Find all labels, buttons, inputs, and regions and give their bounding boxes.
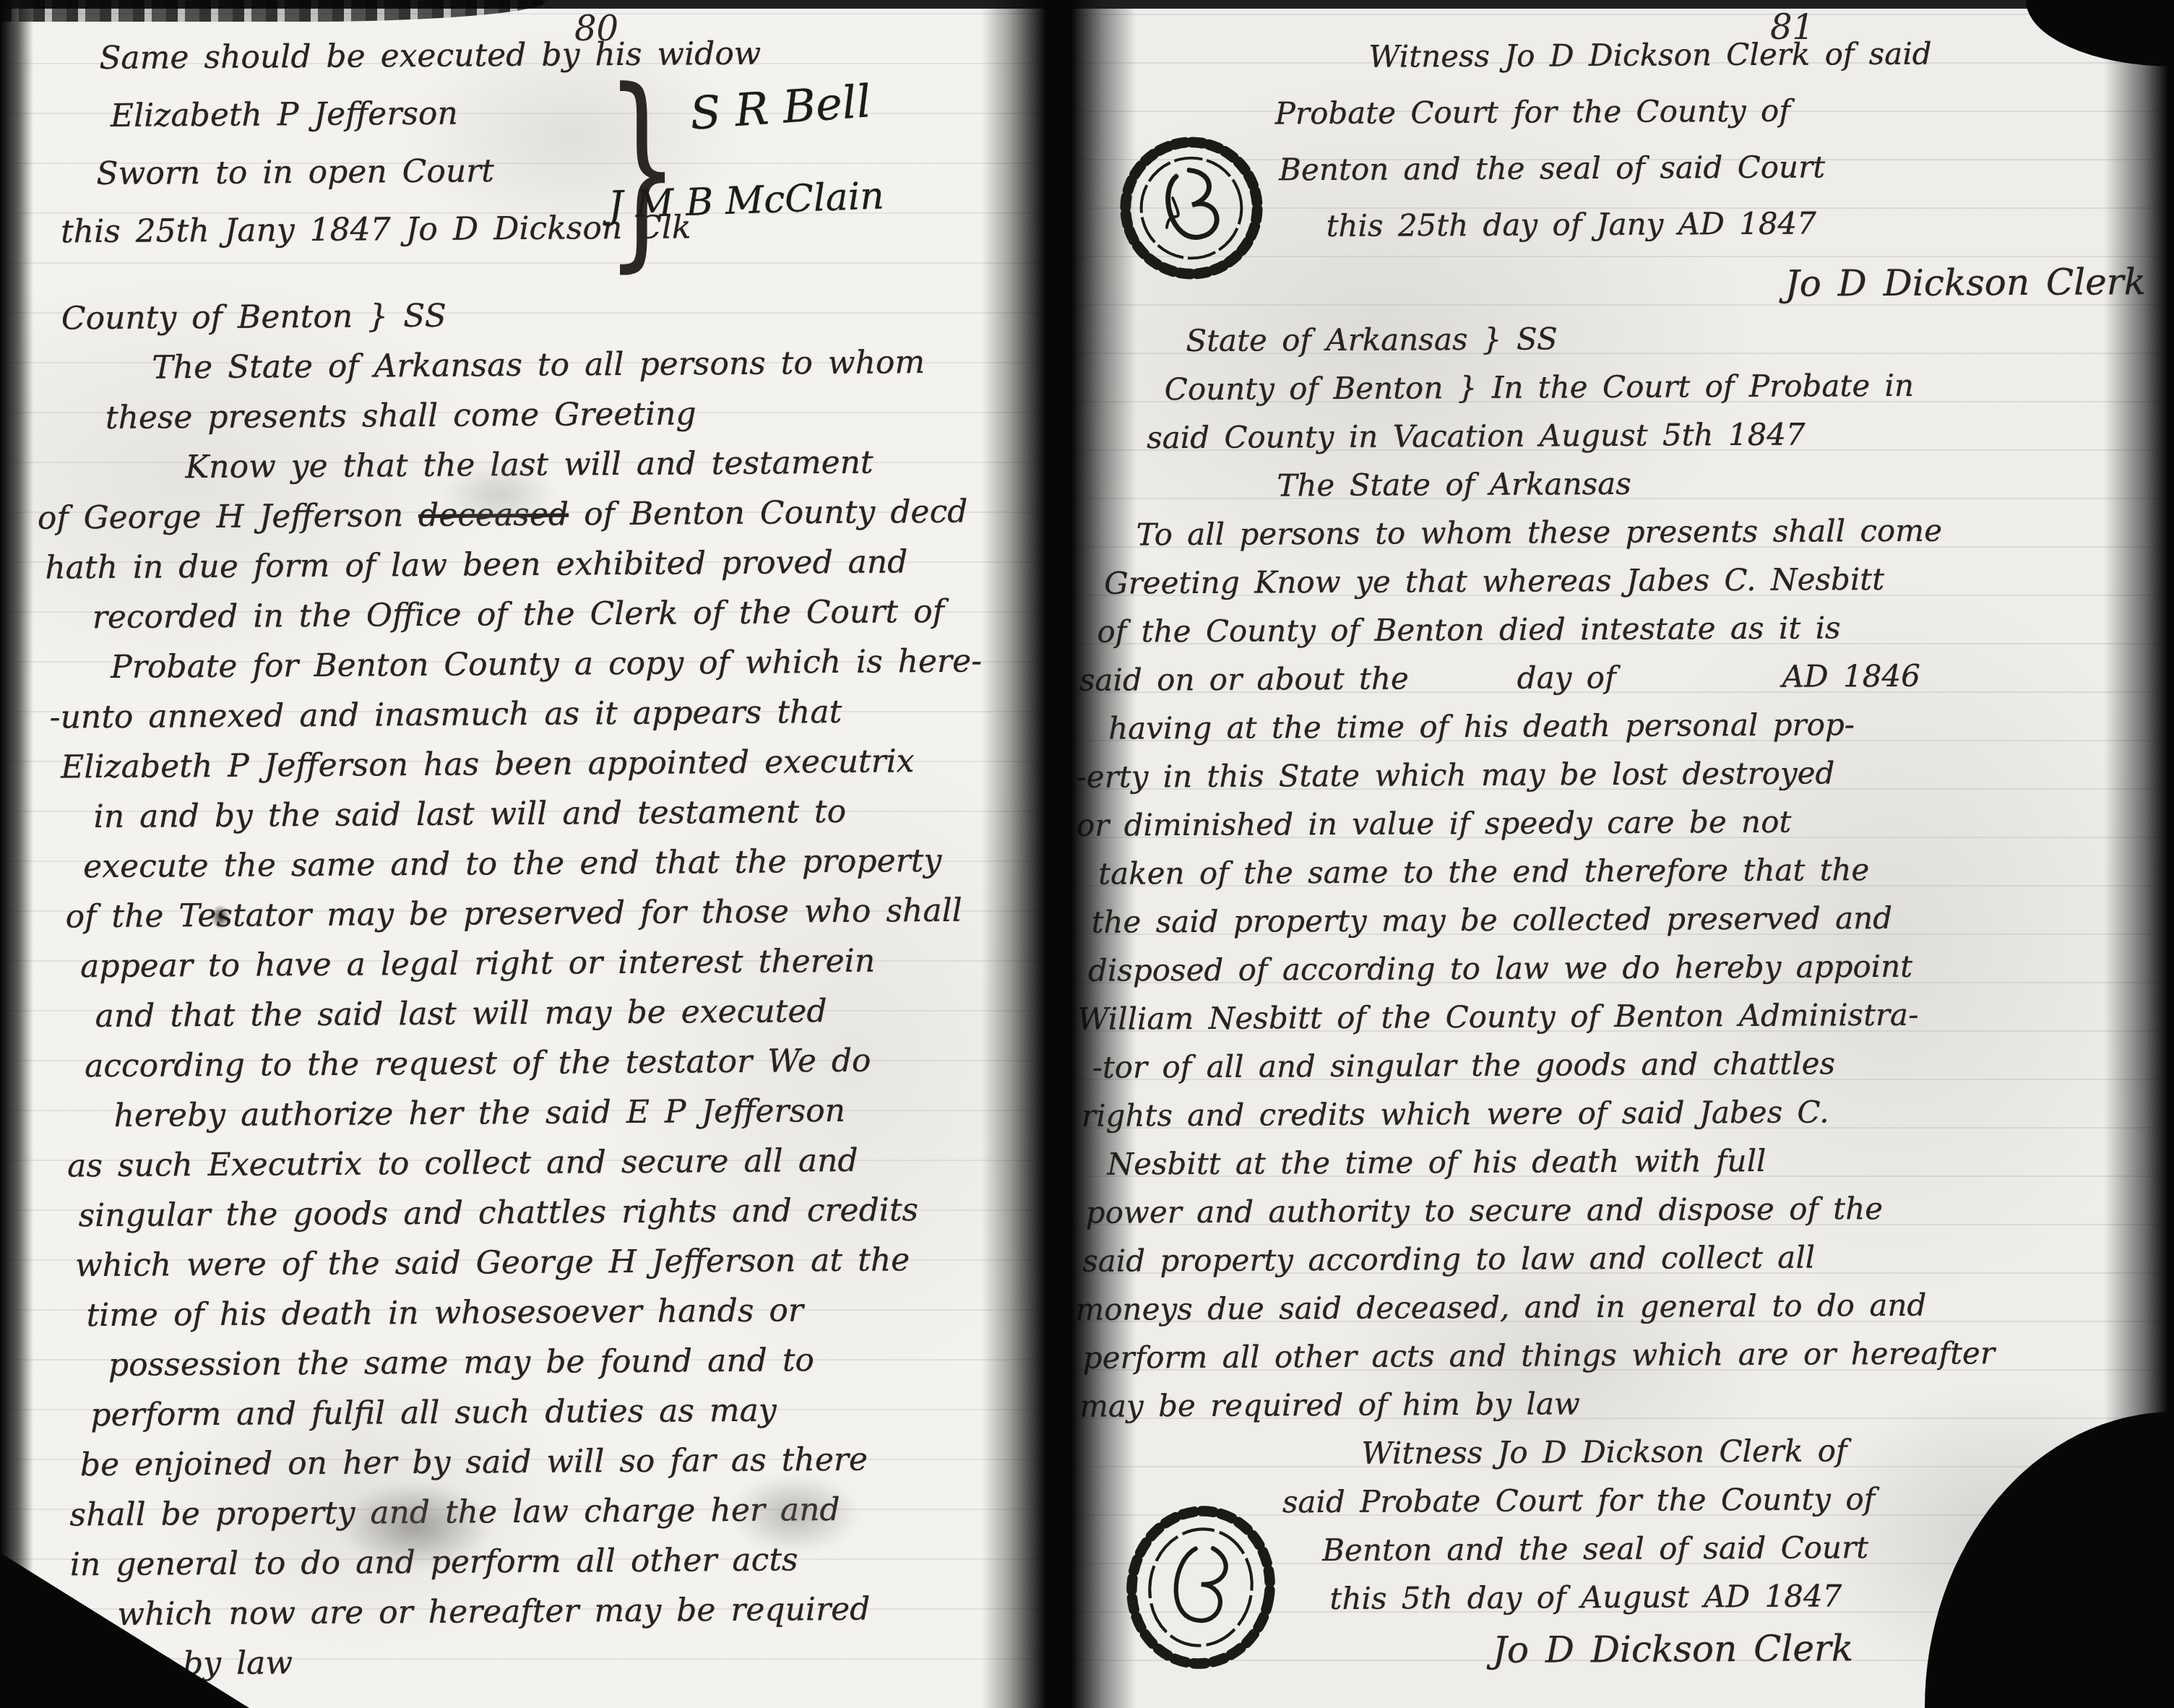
handwritten-line: singular the goods and chattles rights a… [78,1189,1040,1245]
handwritten-line: recorded in the Office of the Clerk of t… [92,590,1039,647]
handwritten-line: Witness Jo D Dickson Clerk of said [1368,33,2170,94]
handwritten-line: Jo D Dickson Clerk [1493,1623,2174,1675]
handwritten-line: The State of Arkansas to all persons to … [152,341,1037,397]
handwritten-line: said on or about theday ofAD 1846 [1079,655,2173,709]
handwritten-line: may be required of him by law [1079,1381,2174,1436]
handwritten-line: Elizabeth P Jefferson has been appointed… [61,740,1040,796]
handwritten-line: as such Executrix to collect and secure … [67,1139,1040,1195]
handwritten-line: be enjoined on her by said will so far a… [80,1438,1040,1494]
handwritten-line: To all persons to whom these presents sh… [1136,510,2173,564]
handwritten-line: Probate Court for the County of [1275,90,2170,150]
handwritten-line: Probate for Benton County a copy of whic… [111,640,1039,696]
handwritten-line: the said property may be collected prese… [1091,897,2174,952]
handwritten-line: and that the said last will may be execu… [95,989,1040,1045]
paper-smudge [340,1483,491,1569]
handwritten-line: moneys due said deceased, and in general… [1075,1285,2174,1339]
handwritten-line: hath in due form of law been exhibited p… [45,540,1038,598]
handwritten-line: -erty in this State which may be lost de… [1076,752,2173,806]
handwritten-line: power and authority to secure and dispos… [1086,1188,2174,1242]
handwritten-line: possession the same may be found and to [108,1338,1040,1394]
handwritten-line: which were of the said George H Jefferso… [75,1238,1040,1295]
handwritten-line: Nesbitt at the time of his death with fu… [1107,1139,2174,1194]
handwritten-line: Same should be executed by his widow [99,31,1035,95]
handwritten-line: of her by law [67,1637,1040,1694]
court-seal-icon [1105,1481,1297,1694]
handwritten-line: -tor of all and singular the goods and c… [1092,1043,2174,1097]
paper-smudge [730,1474,860,1553]
handwritten-line: appear to have a legal right or interest… [80,939,1040,996]
handwritten-line: according to the request of the testator… [85,1039,1040,1095]
handwritten-line: The State of Arkansas [1277,462,2172,514]
handwritten-line: -unto annexed and inasmuch as it appears… [50,690,1040,747]
handwritten-line: in general to do and perform all other a… [70,1537,1040,1594]
handwritten-line: Greeting Know ye that whereas Jabes C. N… [1104,558,2173,613]
handwritten-line: Benton and the seal of said Court [1279,146,2170,207]
handwritten-line: said County in Vacation August 5th 1847 [1147,413,2172,467]
handwritten-line: Elizabeth P Jefferson [111,89,1036,153]
handwritten-line: rights and credits which were of said Ja… [1082,1091,2174,1145]
handwritten-line: having at the time of his death personal… [1108,704,2173,758]
handwritten-line: execute the same and to the end that the… [83,840,1040,896]
handwritten-line: this 5th day of August AD 1847 [1329,1575,2174,1628]
right-page-lines: Witness Jo D Dickson Clerk of saidProbat… [1040,0,2174,1678]
paper-smudge [441,462,556,527]
handwritten-line: this 25th day of Jany AD 1847 [1326,202,2170,263]
handwritten-line: or diminished in value if speedy care be… [1077,801,2174,855]
handwritten-line: of the County of Benton died intestate a… [1097,607,2173,661]
handwritten-line: State of Arkansas } SS [1186,316,2171,370]
handwritten-line: Sworn to in open Court [96,147,1036,211]
handwritten-line: hereby authorize her the said E P Jeffer… [113,1089,1040,1145]
left-page: 80 Same should be executed by his widowE… [0,0,1040,1708]
handwritten-line: Jo D Dickson Clerk [1040,259,2146,322]
handwritten-line: County of Benton } SS [61,291,1037,348]
handwritten-line: in and by the said last will and testame… [94,790,1040,846]
handwritten-line: Benton and the seal of said Court [1322,1527,2174,1579]
handwritten-line: which now are or hereafter may be requir… [117,1587,1040,1644]
handwritten-line: said Probate Court for the County of [1282,1478,2174,1531]
handwritten-line: Know ye that the last will and testament [185,441,1038,496]
handwritten-line: perform all other acts and things which … [1083,1333,2174,1387]
handwritten-line: County of Benton } In the Court of Proba… [1165,365,2172,418]
handwritten-line: taken of the same to the end therefore t… [1098,849,2174,903]
left-page-lines: Same should be executed by his widowEliz… [0,0,1040,1694]
right-page: 81 Witness Jo D Dickson Clerk of saidPro… [1040,0,2174,1708]
attestation-brace: } [605,45,679,290]
handwritten-line: said property according to law and colle… [1082,1236,2174,1290]
ink-blot [211,905,230,929]
handwritten-line: this 25th Jany 1847 Jo D Dickson Clk [61,204,1037,269]
handwritten-line: these presents shall come Greeting [105,391,1038,447]
handwritten-line: disposed of according to law we do hereb… [1088,946,2174,1000]
handwritten-line: Witness Jo D Dickson Clerk of [1361,1430,2174,1483]
handwritten-line: William Nesbitt of the County of Benton … [1077,994,2174,1048]
handwritten-line: shall be property and the law charge her… [69,1488,1040,1544]
scanned-probate-record: 80 Same should be executed by his widowE… [0,0,2174,1708]
handwritten-line: time of his death in whosesoever hands o… [86,1288,1040,1345]
handwritten-line: perform and fulfil all such duties as ma… [90,1388,1040,1444]
